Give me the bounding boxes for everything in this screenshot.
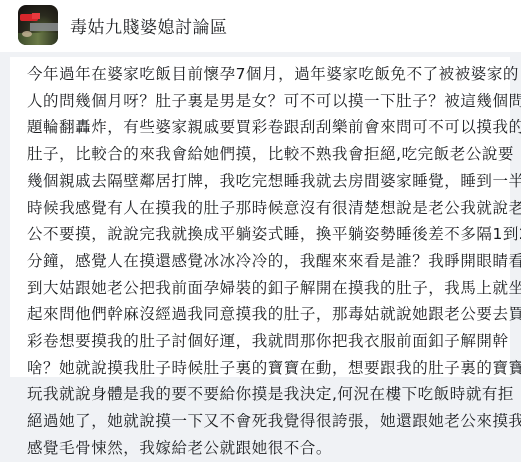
post-text-line: 啥？她就說摸我肚子時候肚子裏的寶寶在動，想要跟我的肚子裏的寶寶: [27, 355, 497, 364]
group-name-link[interactable]: 毒姑九賤婆媳討論區: [70, 13, 228, 38]
group-header: 毒姑九賤婆媳討論區: [0, 0, 521, 52]
post-text-line: 分鐘，感覺人在摸還感覺冰冰冷冷的，我醒來來看是誰？我睜開眼睛看: [27, 248, 497, 275]
avatar-image-red-text-2: [32, 13, 40, 19]
post-text-line: 今年過年在婆家吃飯目前懷孕7個月，過年婆家吃飯免不了被被婆家的: [27, 61, 497, 88]
post-text-line: 公不要摸，說說完我就換成平躺姿式睡，換平躺姿勢睡後差不多隔1到2: [27, 221, 497, 248]
post-text-line: 人的問幾個月呀？肚子裏是男是女？可不可以摸一下肚子？被這幾個問: [27, 88, 497, 115]
avatar-image-caption: [30, 23, 58, 31]
group-avatar[interactable]: [18, 5, 58, 45]
avatar-image-detail: [22, 31, 32, 37]
post-text-line: 肚子，比較合的來我會給她們摸，比較不熟我會拒絕,吃完飯老公說要: [27, 141, 497, 168]
post-text-line: 題輪翻轟炸，有些婆家親戚要買彩卷跟刮刮樂前會來問可不可以摸我的: [27, 114, 497, 141]
post-text-line: 到大姑跟她老公把我前面孕婦裝的釦子解開在摸我的肚子，我馬上就坐: [27, 275, 497, 302]
post-text-line: 時候我感覺有人在摸我的肚子那時候意沒有很清楚想說是老公我就說老: [27, 195, 497, 222]
post-body-text: 今年過年在婆家吃飯目前懷孕7個月，過年婆家吃飯免不了被被婆家的 人的問幾個月呀？…: [27, 61, 497, 364]
post-text-line: 起來問他們幹麻沒經過我同意摸我的肚子，那毒姑就說她跟老公要去買: [27, 301, 497, 328]
post-text-line: 彩卷想要摸我的肚子討個好運，我就問那你把我衣服前面釦子解開幹: [27, 328, 497, 355]
post-text-line: 幾個親戚去隔壁鄰居打牌，我吃完想睡我就去房間婆家睡覺，睡到一半: [27, 168, 497, 195]
